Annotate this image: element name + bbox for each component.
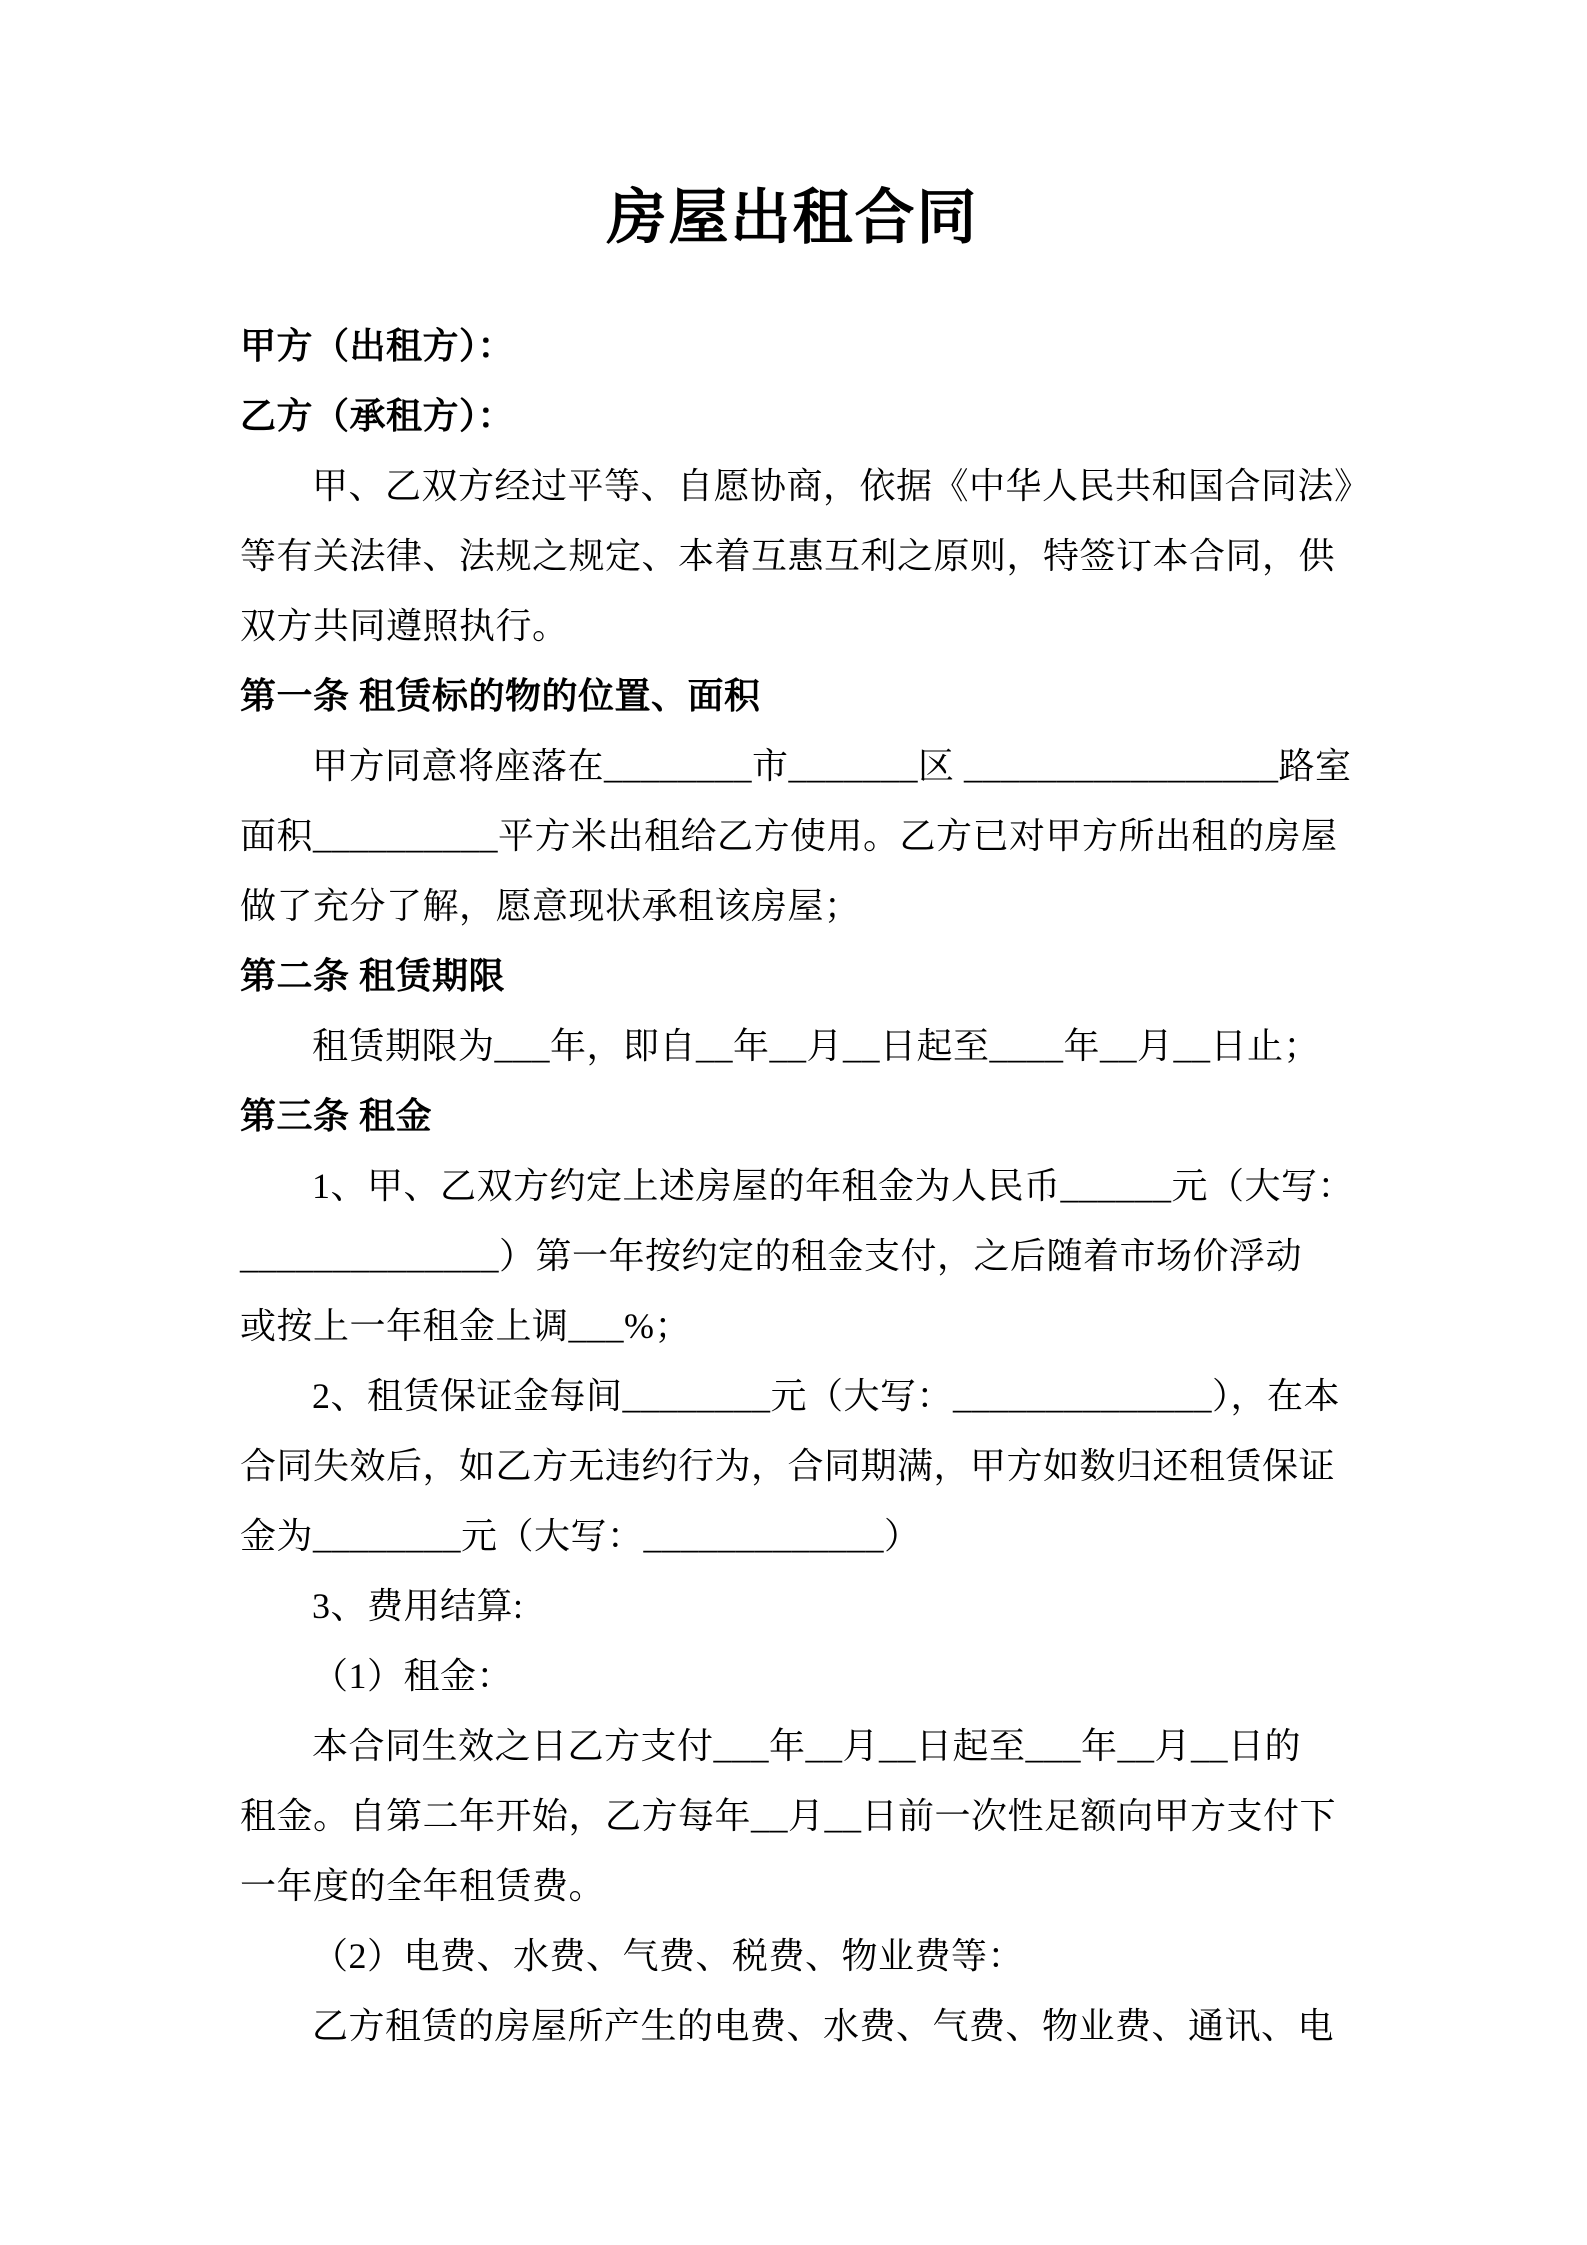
fee-item-1-line-1: 本合同生效之日乙方支付___年__月__日起至___年__月__日的 xyxy=(240,1711,1345,1781)
article-1-heading: 第一条 租赁标的物的位置、面积 xyxy=(240,661,1345,731)
article-3-item-1-line-3: 或按上一年租金上调___%； xyxy=(240,1291,1345,1361)
document-title: 房屋出租合同 xyxy=(240,176,1345,260)
article-3-item-1-line-1: 1、甲、乙双方约定上述房屋的年租金为人民币______元（大写： xyxy=(240,1151,1345,1221)
article-3-item-2-line-3: 金为________元（大写：_____________） xyxy=(240,1501,1345,1571)
fee-item-1-heading: （1）租金： xyxy=(240,1641,1345,1711)
party-b-label: 乙方（承租方）： xyxy=(240,381,1345,451)
article-3-item-3-line: 3、费用结算: xyxy=(240,1571,1345,1641)
document-body: 甲方（出租方）：乙方（承租方）：甲、乙双方经过平等、自愿协商，依据《中华人民共和… xyxy=(240,311,1345,2061)
article-1-line-1: 甲方同意将座落在________市_______区 ______________… xyxy=(240,731,1345,801)
fee-item-1-line-3: 一年度的全年租赁费。 xyxy=(240,1851,1345,1921)
article-2-line-1: 租赁期限为___年，即自__年__月__日起至____年__月__日止； xyxy=(240,1011,1345,1081)
article-3-item-1-line-2: ______________）第一年按约定的租金支付，之后随着市场价浮动 xyxy=(240,1221,1345,1291)
contract-page: 房屋出租合同 甲方（出租方）：乙方（承租方）：甲、乙双方经过平等、自愿协商，依据… xyxy=(0,0,1587,2245)
fee-item-1-line-2: 租金。自第二年开始，乙方每年__月__日前一次性足额向甲方支付下 xyxy=(240,1781,1345,1851)
article-1-line-2: 面积__________平方米出租给乙方使用。乙方已对甲方所出租的房屋 xyxy=(240,801,1345,871)
article-3-heading: 第三条 租金 xyxy=(240,1081,1345,1151)
preamble-line-2: 等有关法律、法规之规定、本着互惠互利之原则，特签订本合同，供 xyxy=(240,521,1345,591)
article-3-item-2-line-2: 合同失效后，如乙方无违约行为，合同期满，甲方如数归还租赁保证 xyxy=(240,1431,1345,1501)
party-a-label: 甲方（出租方）： xyxy=(240,311,1345,381)
fee-item-2-line-1: 乙方租赁的房屋所产生的电费、水费、气费、物业费、通讯、电 xyxy=(240,1991,1345,2061)
article-1-line-3: 做了充分了解，愿意现状承租该房屋； xyxy=(240,871,1345,941)
preamble-line-3: 双方共同遵照执行。 xyxy=(240,591,1345,661)
article-3-item-2-line-1: 2、租赁保证金每间________元（大写：______________），在本 xyxy=(240,1361,1345,1431)
fee-item-2-heading: （2）电费、水费、气费、税费、物业费等： xyxy=(240,1921,1345,1991)
article-2-heading: 第二条 租赁期限 xyxy=(240,941,1345,1011)
preamble-line-1: 甲、乙双方经过平等、自愿协商，依据《中华人民共和国合同法》 xyxy=(240,451,1345,521)
